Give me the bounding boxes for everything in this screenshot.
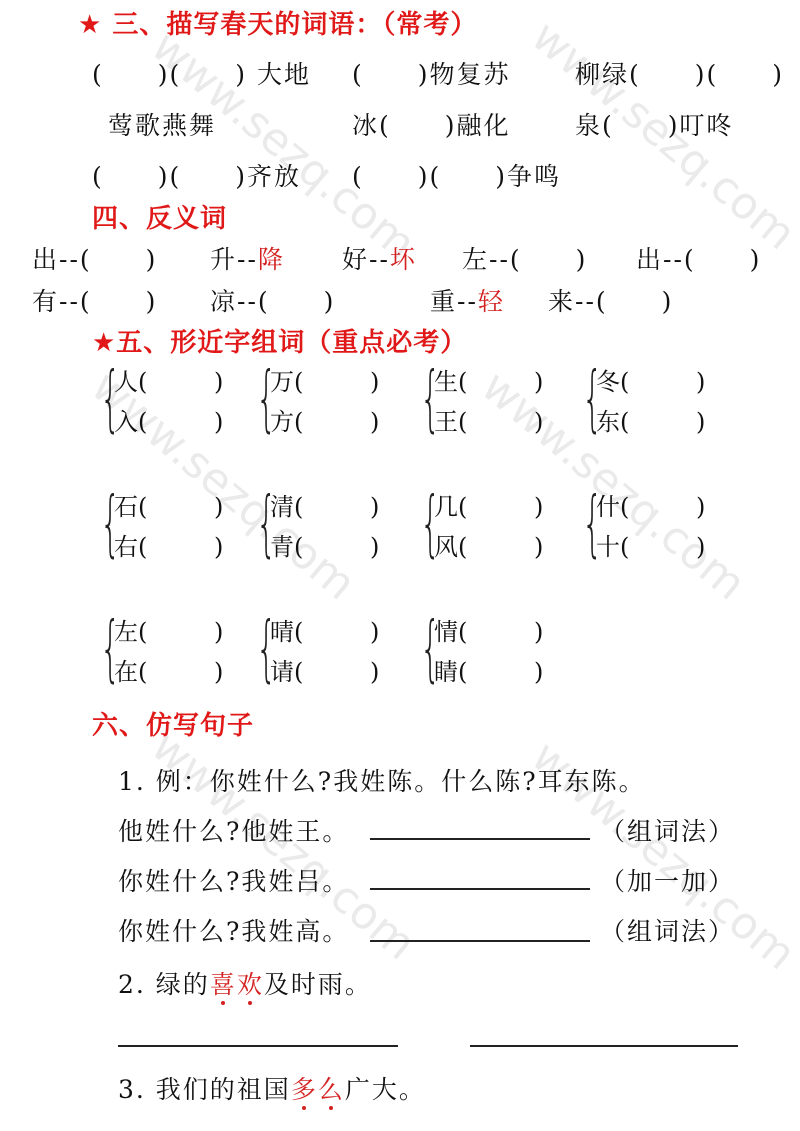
- s3-item: ( )物复苏: [352, 55, 511, 91]
- group-row[interactable]: 石(): [114, 487, 147, 527]
- group-row[interactable]: 清(): [270, 487, 303, 527]
- similar-char-group: {生()王(): [420, 360, 570, 444]
- hint: （加一加）: [600, 862, 735, 898]
- group-row[interactable]: 生(): [434, 362, 467, 402]
- char: 入: [114, 408, 138, 436]
- q1-item: 你姓什么?我姓吕。: [118, 862, 349, 898]
- antonym-item: 来--( ): [548, 282, 673, 318]
- answer-blank[interactable]: [370, 920, 590, 942]
- similar-char-group: {石()右(): [100, 485, 250, 569]
- q1-item: 你姓什么?我姓高。: [118, 912, 349, 948]
- char: 晴: [270, 618, 294, 646]
- section3-title: ★ 三、描写春天的词语：（常考）: [78, 4, 477, 41]
- char: 情: [434, 618, 458, 646]
- answer-blank[interactable]: [470, 1025, 738, 1047]
- answer-blank[interactable]: [370, 868, 590, 890]
- antonym-item: 出--( ): [32, 240, 157, 276]
- similar-char-group: {几()风(): [420, 485, 570, 569]
- group-row[interactable]: 什(): [596, 487, 629, 527]
- similar-char-group: {万()方(): [256, 360, 406, 444]
- group-row[interactable]: 王(): [434, 402, 467, 442]
- group-row[interactable]: 睛(): [434, 652, 467, 692]
- char: 万: [270, 368, 294, 396]
- similar-char-group: {晴()请(): [256, 610, 406, 694]
- q3-sentence: 3. 我们的祖国多么广大。: [118, 1070, 426, 1106]
- group-row[interactable]: 东(): [596, 402, 629, 442]
- group-row[interactable]: 冬(): [596, 362, 629, 402]
- section4-title: 四、反义词: [92, 198, 227, 235]
- section5-title: ★五、形近字组词（重点必考）: [92, 322, 467, 359]
- s3-item: 柳绿( )( ): [575, 55, 784, 91]
- q1-item: 他姓什么?他姓王。: [118, 812, 349, 848]
- answer-blank[interactable]: [118, 1025, 398, 1047]
- char: 方: [270, 408, 294, 436]
- s3-item: ( )( ) 大地: [92, 55, 311, 91]
- char: 右: [114, 533, 138, 561]
- group-row[interactable]: 风(): [434, 527, 467, 567]
- similar-char-group: {左()在(): [100, 610, 250, 694]
- group-row[interactable]: 左(): [114, 612, 147, 652]
- hint: （组词法）: [600, 912, 735, 948]
- group-row[interactable]: 青(): [270, 527, 303, 567]
- group-row[interactable]: 请(): [270, 652, 303, 692]
- char: 东: [596, 408, 620, 436]
- antonym-item: 出--( ): [636, 240, 761, 276]
- antonym-item: 升--降: [210, 240, 285, 276]
- q1-example: 1. 例：你姓什么?我姓陈。什么陈?耳东陈。: [118, 762, 646, 798]
- char: 几: [434, 493, 458, 521]
- char: 十: [596, 533, 620, 561]
- group-row[interactable]: 十(): [596, 527, 629, 567]
- s3-item: ( )( )争鸣: [352, 157, 561, 193]
- char: 青: [270, 533, 294, 561]
- char: 石: [114, 493, 138, 521]
- similar-char-group: {什()十(): [582, 485, 732, 569]
- char: 人: [114, 368, 138, 396]
- group-row[interactable]: 万(): [270, 362, 303, 402]
- similar-char-group: {情()睛(): [420, 610, 570, 694]
- group-row[interactable]: 情(): [434, 612, 467, 652]
- hint: （组词法）: [600, 812, 735, 848]
- char: 生: [434, 368, 458, 396]
- group-row[interactable]: 几(): [434, 487, 467, 527]
- char: 睛: [434, 658, 458, 686]
- s3-item: 莺歌燕舞: [108, 106, 216, 142]
- antonym-item: 重--轻: [430, 282, 505, 318]
- s3-item: ( )( )齐放: [92, 157, 301, 193]
- antonym-item: 凉--( ): [210, 282, 335, 318]
- group-row[interactable]: 右(): [114, 527, 147, 567]
- similar-char-group: {冬()东(): [582, 360, 732, 444]
- antonym-item: 左--( ): [462, 240, 587, 276]
- char: 请: [270, 658, 294, 686]
- group-row[interactable]: 晴(): [270, 612, 303, 652]
- group-row[interactable]: 人(): [114, 362, 147, 402]
- antonym-item: 好--坏: [342, 240, 417, 276]
- char: 什: [596, 493, 620, 521]
- similar-char-group: {人()入(): [100, 360, 250, 444]
- char: 风: [434, 533, 458, 561]
- group-row[interactable]: 入(): [114, 402, 147, 442]
- antonym-item: 有--( ): [32, 282, 157, 318]
- char: 左: [114, 618, 138, 646]
- char: 清: [270, 493, 294, 521]
- group-row[interactable]: 方(): [270, 402, 303, 442]
- similar-char-group: {清()青(): [256, 485, 406, 569]
- section6-title: 六、仿写句子: [92, 705, 254, 742]
- char: 在: [114, 658, 138, 686]
- q2-sentence: 2. 绿的喜欢及时雨。: [118, 965, 372, 1001]
- char: 冬: [596, 368, 620, 396]
- s3-item: 泉( )叮咚: [575, 106, 734, 142]
- s3-item: 冰( )融化: [352, 106, 511, 142]
- group-row[interactable]: 在(): [114, 652, 147, 692]
- answer-blank[interactable]: [370, 818, 590, 840]
- char: 王: [434, 408, 458, 436]
